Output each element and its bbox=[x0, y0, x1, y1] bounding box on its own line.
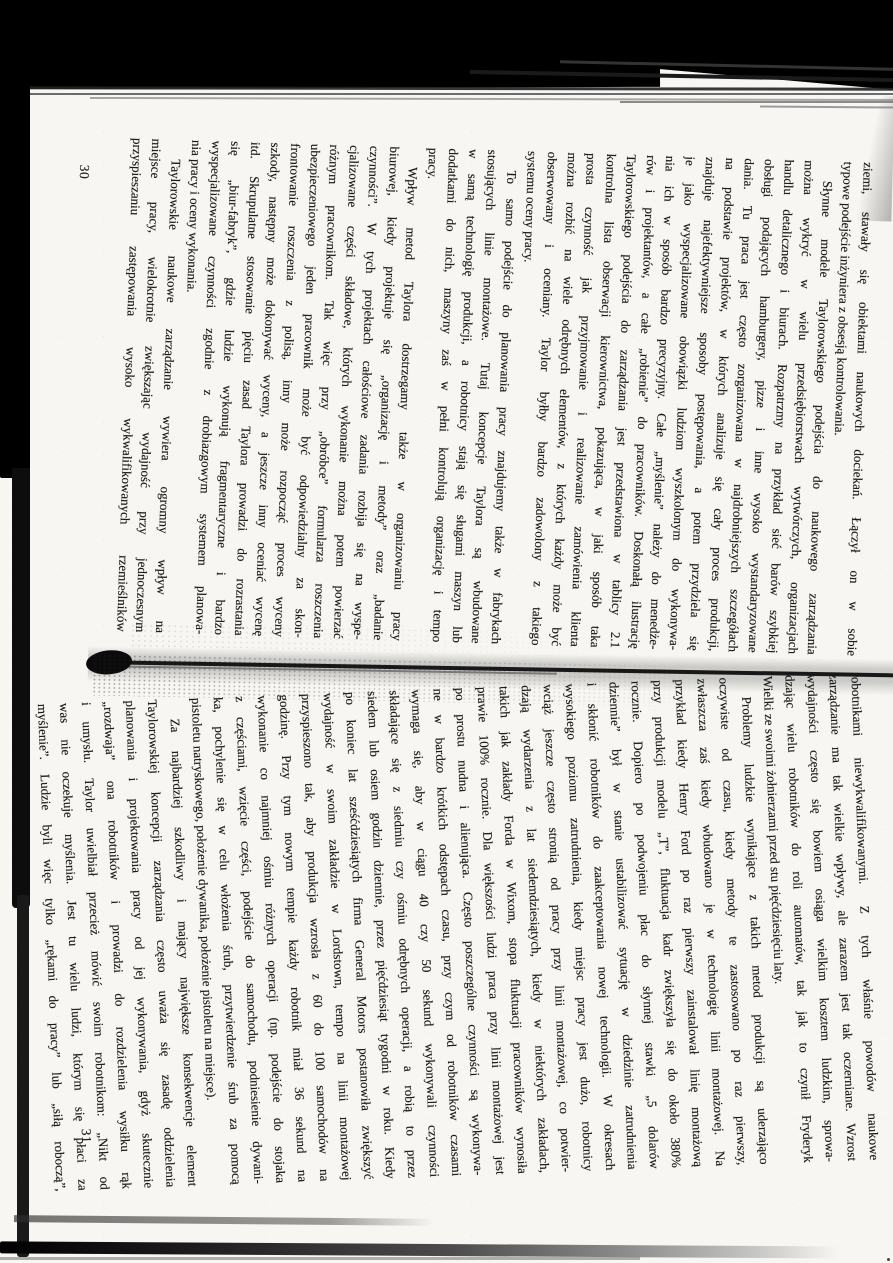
scan-top-edge-ragged bbox=[0, 47, 660, 89]
page-number-31: 31 bbox=[78, 1128, 94, 1143]
page-edge-streak bbox=[0, 93, 893, 95]
page-edge-streak bbox=[0, 86, 893, 91]
right-page-text: robotnikami niewykwalifikowanymi. Z tych… bbox=[31, 672, 885, 1192]
scan-left-edge bbox=[0, 0, 30, 478]
left-page-text: ziemi, stawały się obiektami naukowych d… bbox=[110, 138, 878, 657]
scan-speck bbox=[887, 1258, 890, 1261]
scan-bottom-streak-faint bbox=[0, 1257, 640, 1260]
book-scan: ziemi, stawały się obiektami naukowych d… bbox=[0, 0, 893, 1263]
scan-left-edge-lower bbox=[12, 468, 30, 908]
scan-left-edge-bottom bbox=[17, 895, 29, 1257]
page-number-30: 30 bbox=[76, 164, 92, 179]
scan-bottom-streak-secondary bbox=[14, 1215, 434, 1226]
page-edge-streak bbox=[620, 101, 893, 103]
